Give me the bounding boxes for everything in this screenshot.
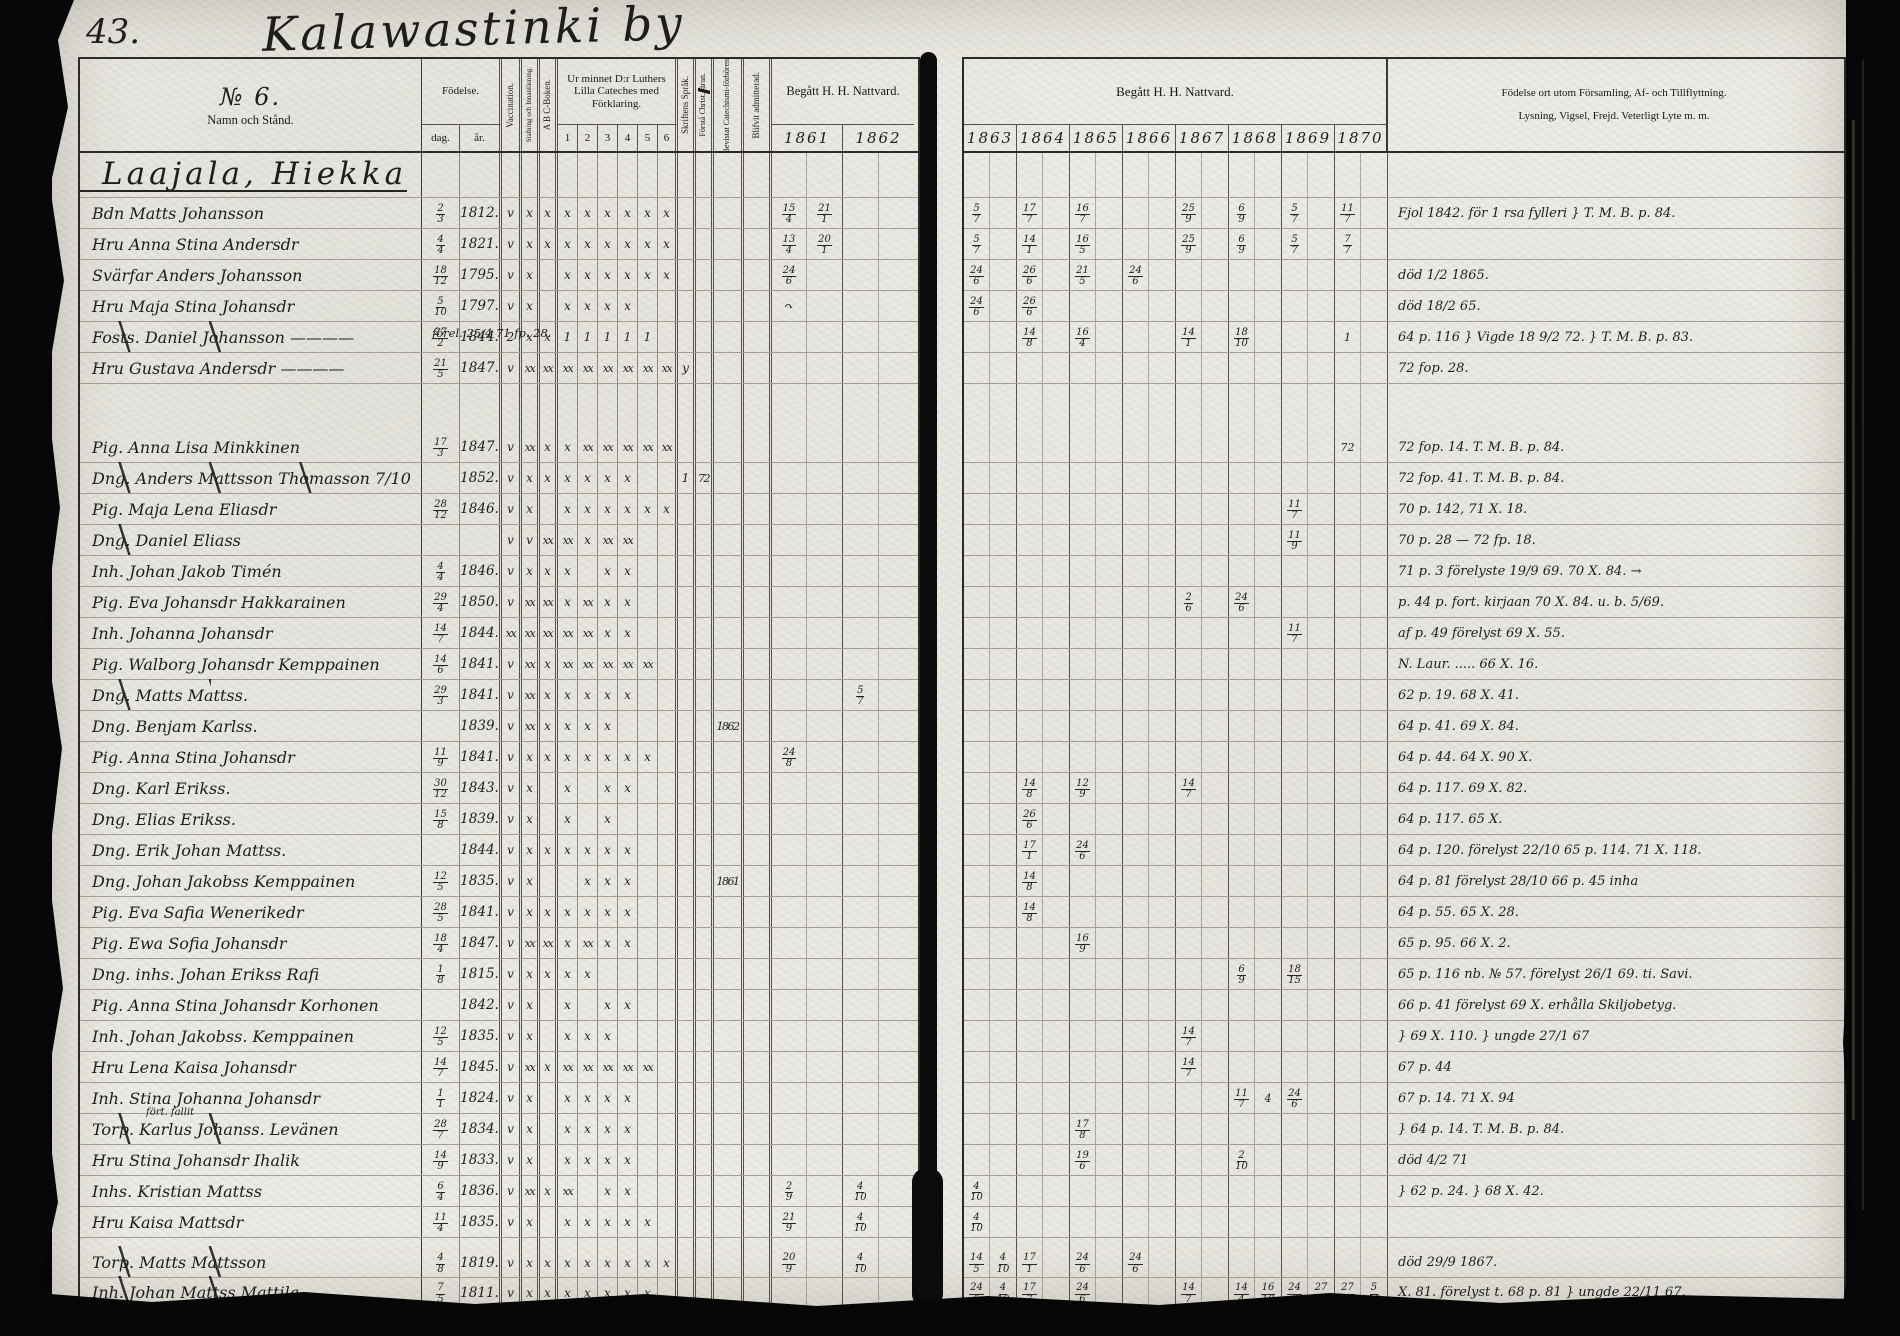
communion-cell (1176, 618, 1229, 648)
mark: x (644, 1215, 651, 1229)
communion-cell (964, 835, 1017, 865)
communion-cell (772, 804, 843, 834)
communion-subcell (807, 322, 842, 352)
table-row: Dng. Daniel Eliassvvxxxxxxxxx (80, 525, 918, 556)
communion-subcell (1308, 835, 1334, 865)
understands-cell (696, 1248, 714, 1277)
communion-subcell (1149, 1114, 1175, 1144)
communion-cell: 171 (1017, 1248, 1070, 1277)
catechism-5-cell: x (638, 198, 658, 228)
communion-cell (843, 322, 914, 352)
mark: xx (662, 441, 671, 454)
communion-subcell (1361, 773, 1387, 803)
understands-cell (696, 959, 714, 989)
communion-subcell (1043, 897, 1069, 927)
communion-cell: 209 (772, 1248, 843, 1277)
communion-subcell (879, 959, 915, 989)
communion-subcell (879, 494, 915, 524)
communion-subcell (843, 556, 879, 586)
mark: v (507, 361, 514, 375)
catechism-1-cell: x (558, 556, 578, 586)
mark: xx (543, 596, 552, 609)
communion-cell (1123, 1083, 1176, 1113)
communion-subcell (990, 1114, 1016, 1144)
catechism-5-cell: xx (638, 353, 658, 383)
spelling-cell: x (522, 1145, 540, 1175)
communion-subcell (879, 260, 915, 290)
remark-cell: 62 p. 19. 68 X. 41. (1388, 680, 1840, 710)
communion-entry: 246 (1128, 263, 1143, 288)
communion-subcell (807, 432, 842, 462)
catechism-3-cell: x (598, 1176, 618, 1206)
communion-cell (772, 1278, 843, 1307)
communion-cell (1123, 649, 1176, 679)
vaccination-cell: v (502, 773, 522, 803)
abc-cell: x (540, 959, 558, 989)
table-row: Laajala, Hiekka (80, 153, 918, 198)
communion-cell (1335, 866, 1388, 896)
catechism-2-cell: xx (578, 649, 598, 679)
scripture-cell (678, 556, 696, 586)
birth-year: 1852. (460, 470, 499, 486)
date-fraction: 266 (1022, 297, 1037, 319)
communion-subcell (1070, 525, 1096, 555)
communion-subcell (1017, 990, 1043, 1020)
admitted-cell (744, 1238, 772, 1248)
communion-cell (1176, 742, 1229, 772)
communion-subcell (1096, 260, 1122, 290)
communion-cell (1335, 1176, 1388, 1206)
mark: xx (643, 1061, 652, 1074)
catechism-5-cell (638, 618, 658, 648)
birth-day-cell: 23 (422, 198, 460, 228)
communion-subcell: 148 (1017, 773, 1043, 803)
catechism-3-cell: x (598, 928, 618, 958)
understands-cell (696, 353, 714, 383)
remark-text: Fjol 1842. för 1 rsa fylleri } T. M. B. … (1388, 207, 1675, 220)
communion-cell (1017, 742, 1070, 772)
mark: x (526, 471, 533, 485)
birth-day-cell: 1812 (422, 260, 460, 290)
mark: x (584, 874, 591, 888)
admitted-cell (744, 1176, 772, 1206)
communion-cell (843, 1083, 914, 1113)
communion-cell (772, 1052, 843, 1082)
abc-cell: x (540, 897, 558, 927)
mark: xx (623, 1061, 632, 1074)
understands-cell (696, 742, 714, 772)
communion-subcell (772, 384, 807, 432)
communion-entry: 246 (782, 263, 797, 288)
communion-cell: 248 (772, 742, 843, 772)
communion-cell (1017, 649, 1070, 679)
communion-subcell (1255, 494, 1281, 524)
communion-subcell (1017, 353, 1043, 383)
communion-cell (1070, 897, 1123, 927)
marginal-note: fört. fallit (146, 1107, 194, 1118)
mark: xx (563, 534, 572, 547)
communion-subcell (843, 835, 879, 865)
communion-entry: 11 (436, 1086, 444, 1111)
communion-subcell (1123, 1207, 1149, 1237)
communion-cell (1335, 649, 1388, 679)
attended-cell (714, 773, 744, 803)
communion-subcell (1070, 866, 1096, 896)
date-fraction: 171 (1022, 841, 1037, 863)
communion-subcell: 246 (1229, 587, 1255, 617)
communion-subcell (1202, 1207, 1228, 1237)
catechism-5-cell (638, 1145, 658, 1175)
catechism-3-cell: x (598, 1248, 618, 1277)
communion-entry: 119 (433, 745, 448, 770)
mark: xx (623, 441, 632, 454)
communion-subcell (1149, 959, 1175, 989)
date-fraction: 148 (1022, 779, 1037, 801)
communion-subcell (843, 198, 879, 228)
spelling-cell: x (522, 1021, 540, 1051)
communion-subcell (1255, 353, 1281, 383)
communion-cell (1070, 525, 1123, 555)
mark: v (507, 1091, 514, 1105)
communion-subcell (1202, 556, 1228, 586)
communion-cell: 26 (1176, 587, 1229, 617)
birth-year: 1841. (460, 904, 499, 920)
mark: x (564, 1256, 571, 1270)
communion-cell (1017, 153, 1070, 197)
birth-year-cell (460, 153, 502, 197)
communion-subcell (1202, 353, 1228, 383)
catechism-1-cell: x (558, 742, 578, 772)
communion-cell: 129 (1070, 773, 1123, 803)
communion-subcell (843, 1083, 879, 1113)
scripture-cell (678, 494, 696, 524)
birth-day-cell: 147 (422, 618, 460, 648)
communion-subcell (1070, 353, 1096, 383)
birth-year-cell: 1841. (460, 742, 502, 772)
catechism-4-cell: x (618, 229, 638, 259)
communion-subcell (1123, 1052, 1149, 1082)
abc-cell (540, 773, 558, 803)
communion-subcell (807, 959, 842, 989)
communion-subcell (1149, 153, 1175, 197)
birth-year: 1841. (460, 749, 499, 765)
communion-subcell (1282, 556, 1308, 586)
date-fraction: 64 (436, 1182, 444, 1204)
date-fraction: 410 (854, 1182, 867, 1204)
name-cell: Dng. Johan Jakobss Kemppainen (80, 866, 422, 896)
communion-subcell (1123, 866, 1149, 896)
birth-day-cell (422, 711, 460, 741)
communion-subcell (1123, 525, 1149, 555)
communion-subcell (879, 649, 915, 679)
table-row: N. Laur. ..... 66 X. 16. (964, 649, 1844, 680)
communion-subcell (1361, 1114, 1387, 1144)
table-row: Dng. inhs. Johan Erikss Rafi181815.vxxxx (80, 959, 918, 990)
communion-subcell (1335, 1083, 1361, 1113)
mark: x (584, 967, 591, 981)
communion-subcell: 201 (807, 229, 842, 259)
communion-subcell: 164 (1070, 322, 1096, 352)
catechism-3-cell: x (598, 1207, 618, 1237)
communion-subcell (990, 1207, 1016, 1237)
communion-subcell (1202, 384, 1228, 432)
person-name: Pig. Eva Safia Wenerikedr (80, 903, 304, 922)
catechism-2-cell: xx (578, 432, 598, 462)
mark: xx (603, 658, 612, 671)
communion-entry: 215 (1075, 263, 1090, 288)
communion-subcell (1361, 959, 1387, 989)
birth-day-cell: 149 (422, 1145, 460, 1175)
attended-cell (714, 525, 744, 555)
communion-cell (1070, 959, 1123, 989)
communion-subcell (772, 897, 807, 927)
communion-subcell (990, 990, 1016, 1020)
communion-cell: 246 (772, 260, 843, 290)
scripture-cell (678, 1052, 696, 1082)
catechism-2-cell: x (578, 1083, 598, 1113)
communion-subcell: 246 (1123, 1248, 1149, 1277)
communion-subcell (1361, 353, 1387, 383)
communion-subcell (1096, 1114, 1122, 1144)
person-name: Bdn Matts Johansson (80, 204, 264, 223)
mark: x (624, 237, 631, 251)
mark: x (584, 750, 591, 764)
communion-subcell (1335, 1248, 1361, 1277)
communion-subcell (1176, 866, 1202, 896)
catechism-3-cell: x (598, 742, 618, 772)
communion-cell: 210 (1229, 1145, 1282, 1175)
date-fraction: 119 (1287, 531, 1302, 553)
communion-entry: 211 (817, 201, 832, 226)
mark: x (624, 905, 631, 919)
mark: x (604, 626, 611, 640)
communion-cell (1176, 897, 1229, 927)
communion-subcell (1043, 1176, 1069, 1206)
communion-subcell (879, 1248, 915, 1277)
communion-cell (1229, 384, 1282, 432)
communion-cell (1176, 260, 1229, 290)
abc-cell (540, 384, 558, 432)
communion-subcell (964, 711, 990, 741)
communion-subcell (1149, 773, 1175, 803)
communion-subcell (964, 618, 990, 648)
communion-cell (1070, 1207, 1123, 1237)
scripture-cell (678, 1176, 696, 1206)
communion-subcell (1096, 291, 1122, 321)
catechism-4-cell: x (618, 1176, 638, 1206)
communion-entry: 178 (1075, 1117, 1090, 1142)
communion-entry: 75 (436, 1280, 444, 1305)
communion-subcell (1070, 153, 1096, 197)
birth-year: 1824. (460, 1090, 499, 1106)
communion-cell: 167 (1070, 198, 1123, 228)
date-fraction: 125 (433, 872, 448, 894)
communion-subcell (1202, 432, 1228, 462)
communion-cell (1229, 618, 1282, 648)
communion-entry: 4 (1265, 1092, 1272, 1105)
catechism-5-cell (638, 711, 658, 741)
attended-cell (714, 1021, 744, 1051)
table-row: 117424667 p. 14. 71 X. 94 (964, 1083, 1844, 1114)
communion-subcell (990, 229, 1016, 259)
birth-year-cell: 1852. (460, 463, 502, 493)
communion-subcell (1335, 153, 1361, 197)
communion-subcell (807, 649, 842, 679)
communion-subcell (1308, 463, 1334, 493)
catechism-6-cell: x (658, 260, 678, 290)
book-gutter-shadow (912, 1168, 943, 1308)
mark: xx (525, 658, 534, 671)
communion-entry: 171 (1022, 838, 1037, 863)
mark: x (564, 1029, 571, 1043)
date-fraction: 147 (1181, 1027, 1196, 1049)
remark-cell (1388, 153, 1840, 197)
catechism-4-cell: x (618, 260, 638, 290)
person-name: Pig. Maja Lena Eliasdr (80, 500, 276, 519)
spelling-cell (522, 1238, 540, 1248)
birth-year: 1839. (460, 718, 499, 734)
communion-subcell (1149, 1083, 1175, 1113)
communion-cell (964, 1238, 1017, 1248)
communion-subcell (879, 680, 915, 710)
date-fraction: 201 (817, 235, 832, 257)
name-cell: Laajala, Hiekka (80, 153, 422, 197)
remark-text: 66 p. 41 förelyst 69 X. erhålla Skiljobe… (1388, 999, 1676, 1012)
communion-entry: 117 (1234, 1086, 1249, 1111)
name-cell: Torp. Karlus Johanss. Levänenfört. falli… (80, 1114, 422, 1144)
communion-cell (1282, 649, 1335, 679)
catechism-digit: 3 (605, 132, 611, 145)
spelling-cell: xx (522, 618, 540, 648)
communion-cell (964, 1021, 1017, 1051)
abc-cell: x (540, 742, 558, 772)
communion-subcell (964, 990, 990, 1020)
catechism-1-cell: x (558, 1207, 578, 1237)
communion-cell (1123, 866, 1176, 896)
communion-subcell (1282, 1176, 1308, 1206)
communion-cell (964, 649, 1017, 679)
birth-day-cell: 173 (422, 432, 460, 462)
communion-entry: 2812 (433, 497, 448, 522)
left-page: № 6. Namn och Stånd. Födelse. dag. år. V… (78, 57, 920, 1336)
spelling-cell: xx (522, 1176, 540, 1206)
birth-year-cell: 1846. (460, 494, 502, 524)
mark: x (663, 237, 670, 251)
communion-subcell (1255, 866, 1281, 896)
abc-cell (540, 804, 558, 834)
catechism-3-cell: x (598, 866, 618, 896)
date-fraction: 294 (433, 593, 448, 615)
understands-cell (696, 432, 714, 462)
communion-entry: 171 (1022, 1250, 1037, 1275)
date-fraction: 117 (1287, 624, 1302, 646)
year-label: 1869 (1285, 129, 1331, 147)
birth-day-cell: 146 (422, 649, 460, 679)
communion-entry: 26 (1184, 590, 1192, 615)
communion-cell (1335, 153, 1388, 197)
table-row: 117af p. 49 förelyst 69 X. 55. (964, 618, 1844, 649)
page-number: 43. (86, 12, 140, 52)
communion-subcell (1361, 1052, 1387, 1082)
communion-subcell (807, 1176, 842, 1206)
catechism-3-cell (598, 153, 618, 197)
communion-entry: 410 (970, 1179, 983, 1204)
table-row: 72 fop. 41. T. M. B. p. 84. (964, 463, 1844, 494)
table-row: 147} 69 X. 110. } ungde 27/1 67 (964, 1021, 1844, 1052)
communion-subcell (964, 1114, 990, 1144)
communion-cell (772, 959, 843, 989)
date-fraction: 147 (1181, 1058, 1196, 1080)
communion-subcell (1149, 556, 1175, 586)
mark: x (604, 998, 611, 1012)
communion-subcell (1017, 649, 1043, 679)
admitted-cell (744, 525, 772, 555)
mark: x (624, 781, 631, 795)
date-fraction: 57 (972, 204, 980, 226)
date-fraction: 410 (854, 1253, 867, 1275)
mark: x (564, 440, 571, 454)
communion-subcell (1017, 1238, 1043, 1248)
vaccination-cell: v (502, 649, 522, 679)
communion-cell: 141 (1017, 229, 1070, 259)
communion-cell (964, 866, 1017, 896)
communion-entry: 246 (969, 263, 984, 288)
communion-subcell (1335, 866, 1361, 896)
communion-subcell (1017, 680, 1043, 710)
table-row: 64 p. 41. 69 X. 84. (964, 711, 1844, 742)
communion-subcell (1229, 525, 1255, 555)
birth-day-cell: 64 (422, 1176, 460, 1206)
mark: x (544, 688, 551, 702)
communion-subcell (1308, 291, 1334, 321)
spelling-cell (522, 153, 540, 197)
communion-subcell (1070, 1238, 1096, 1248)
birth-year: 1841. (460, 687, 499, 703)
communion-cell (1176, 959, 1229, 989)
communion-subcell (1282, 260, 1308, 290)
communion-subcell (1202, 587, 1228, 617)
table-row: Hru Maja Stina Johansdr5101797.vxxxxx↷ (80, 291, 918, 322)
remark-cell: p. 44 p. fort. kirjaan 70 X. 84. u. b. 5… (1388, 587, 1840, 617)
scripture-cell (678, 1145, 696, 1175)
remark-cell: 64 p. 55. 65 X. 28. (1388, 897, 1840, 927)
communion-subcell (1043, 291, 1069, 321)
mark: x (526, 1256, 533, 1270)
communion-cell (843, 198, 914, 228)
communion-subcell (1096, 835, 1122, 865)
communion-header-left: Begått H. H. Nattvard. (772, 59, 914, 125)
communion-cell (843, 773, 914, 803)
person-name: Pig. Ewa Sofia Johansdr (80, 934, 286, 953)
communion-subcell (1282, 773, 1308, 803)
communion-cell (1229, 866, 1282, 896)
spelling-cell: x (522, 229, 540, 259)
vaccination-cell: v (502, 1207, 522, 1237)
communion-subcell (1017, 432, 1043, 462)
date-fraction: 248 (782, 748, 797, 770)
communion-entry: ↷ (784, 300, 793, 313)
communion-cell (1282, 153, 1335, 197)
communion-subcell (1017, 1207, 1043, 1237)
communion-cell (1176, 353, 1229, 383)
mark: x (526, 268, 533, 282)
communion-subcell: 177 (1017, 198, 1043, 228)
catechism-4-cell: x (618, 928, 638, 958)
communion-subcell (1335, 1145, 1361, 1175)
table-row: 14864 p. 81 förelyst 28/10 66 p. 45 inha (964, 866, 1844, 897)
table-row: 71 p. 3 förelyste 19/9 69. 70 X. 84. → (964, 556, 1844, 587)
catechism-2-cell: x (578, 1114, 598, 1144)
